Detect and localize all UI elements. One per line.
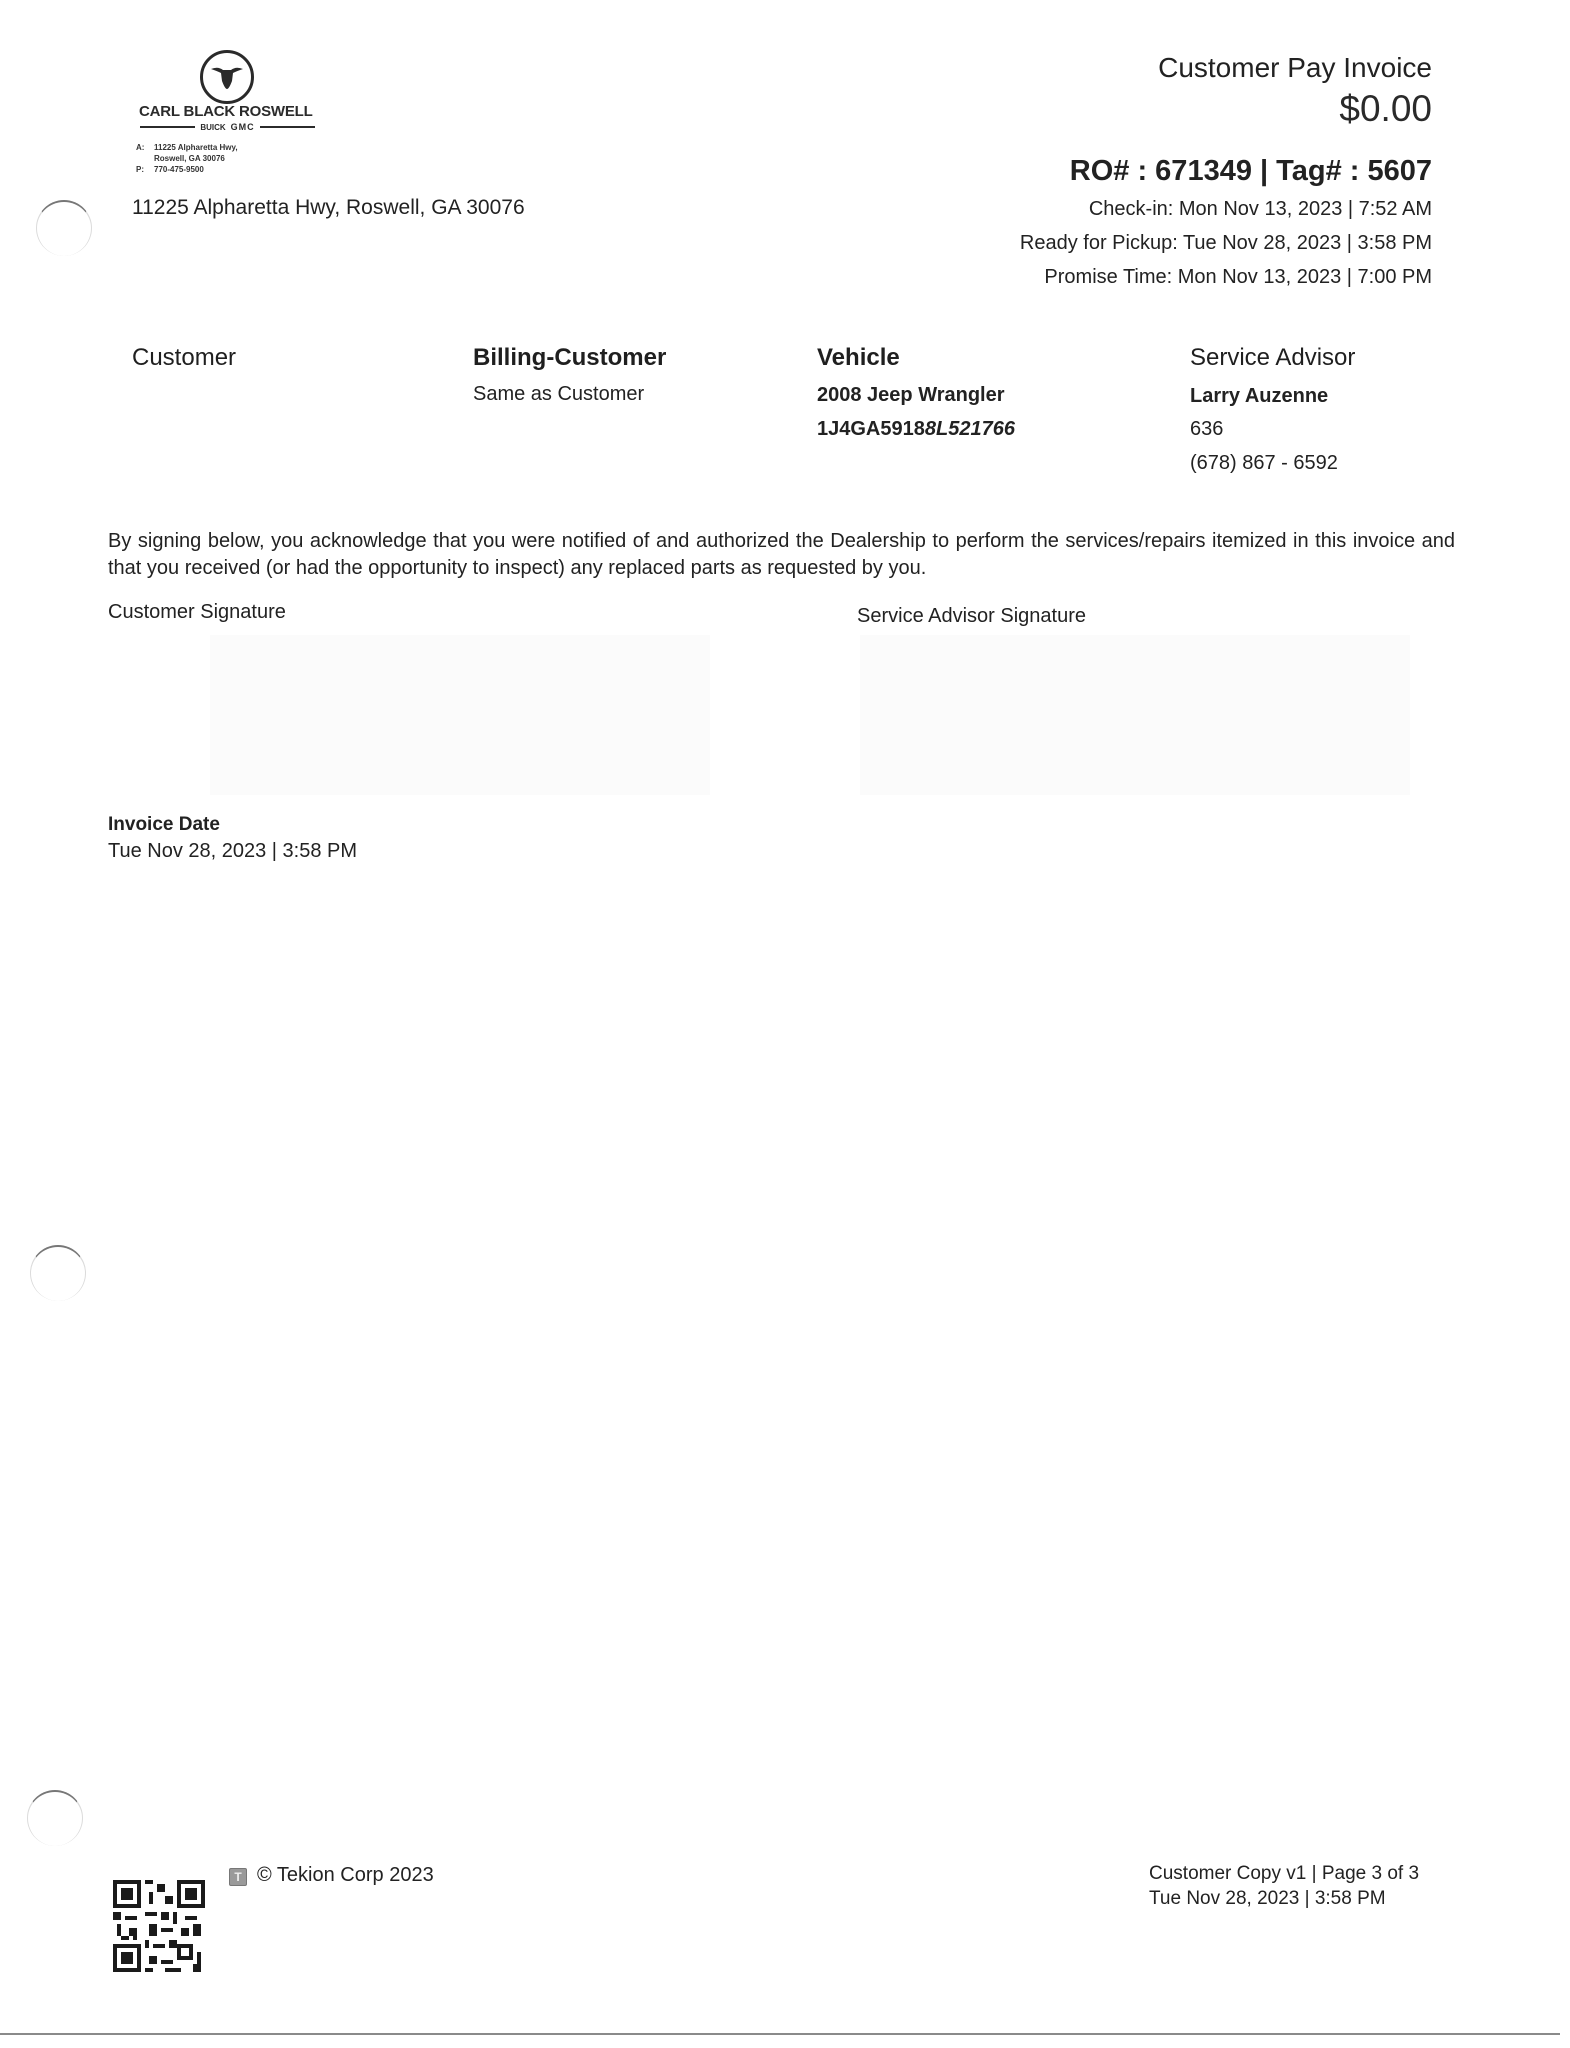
address-line-1: 11225 Alpharetta Hwy, — [154, 143, 238, 152]
check-in-time: Check-in: Mon Nov 13, 2023 | 7:52 AM — [1089, 198, 1432, 221]
copy-page-number: Customer Copy v1 | Page 3 of 3 — [1149, 1861, 1419, 1886]
gmc-brand: GMC — [231, 122, 255, 132]
divider — [260, 126, 315, 128]
dealer-phone: 770-475-9500 — [154, 165, 204, 174]
service-advisor-signature-label: Service Advisor Signature — [857, 605, 1086, 628]
promise-time: Promise Time: Mon Nov 13, 2023 | 7:00 PM — [1044, 266, 1432, 289]
vehicle-heading: Vehicle — [817, 344, 900, 372]
customer-signature-label: Customer Signature — [108, 601, 286, 624]
invoice-title: Customer Pay Invoice — [1158, 52, 1432, 84]
dealer-brands: BUICK GMC — [140, 122, 315, 132]
phone-label: P: — [136, 164, 154, 175]
vin-suffix: 8L521766 — [925, 418, 1015, 440]
service-advisor-phone: (678) 867 - 6592 — [1190, 452, 1338, 475]
vehicle-description: 2008 Jeep Wrangler — [817, 384, 1005, 407]
advisor-signature-area — [860, 635, 1410, 795]
service-advisor-name: Larry Auzenne — [1190, 385, 1328, 408]
customer-heading: Customer — [132, 344, 236, 372]
invoice-date-value: Tue Nov 28, 2023 | 3:58 PM — [108, 840, 357, 863]
dealer-logo-name: CARL BLACK ROSWELL — [139, 103, 313, 120]
invoice-amount: $0.00 — [1339, 88, 1432, 130]
dealer-logo-contact: A:11225 Alpharetta Hwy, Roswell, GA 3007… — [136, 142, 238, 175]
punch-hole-mark — [27, 1790, 83, 1846]
address-label: A: — [136, 142, 154, 153]
printed-timestamp: Tue Nov 28, 2023 | 3:58 PM — [1149, 1886, 1419, 1911]
vin-prefix: 1J4GA5918 — [817, 418, 925, 440]
invoice-date-label: Invoice Date — [108, 814, 220, 836]
buick-brand: BUICK — [200, 123, 225, 132]
vehicle-vin: 1J4GA59188L521766 — [817, 418, 1015, 441]
qr-code-icon — [113, 1880, 205, 1972]
service-advisor-heading: Service Advisor — [1190, 344, 1355, 372]
billing-heading: Billing-Customer — [473, 344, 666, 372]
page-info: Customer Copy v1 | Page 3 of 3 Tue Nov 2… — [1149, 1861, 1419, 1911]
dealer-address: 11225 Alpharetta Hwy, Roswell, GA 30076 — [132, 196, 525, 220]
copyright-text: © Tekion Corp 2023 — [257, 1864, 434, 1887]
service-advisor-id: 636 — [1190, 418, 1223, 441]
longhorn-logo-icon — [200, 50, 254, 104]
customer-signature-area — [210, 635, 710, 795]
punch-hole-mark — [30, 1245, 86, 1301]
repair-order-tag: RO# : 671349 | Tag# : 5607 — [1070, 155, 1432, 188]
billing-value: Same as Customer — [473, 383, 644, 406]
ready-for-pickup-time: Ready for Pickup: Tue Nov 28, 2023 | 3:5… — [1020, 232, 1432, 255]
punch-hole-mark — [36, 200, 92, 256]
address-line-2: Roswell, GA 30076 — [154, 154, 225, 163]
page-bottom-edge — [0, 2033, 1560, 2035]
authorization-statement: By signing below, you acknowledge that y… — [108, 528, 1455, 582]
divider — [140, 126, 195, 128]
tekion-logo-icon: T — [229, 1868, 247, 1886]
